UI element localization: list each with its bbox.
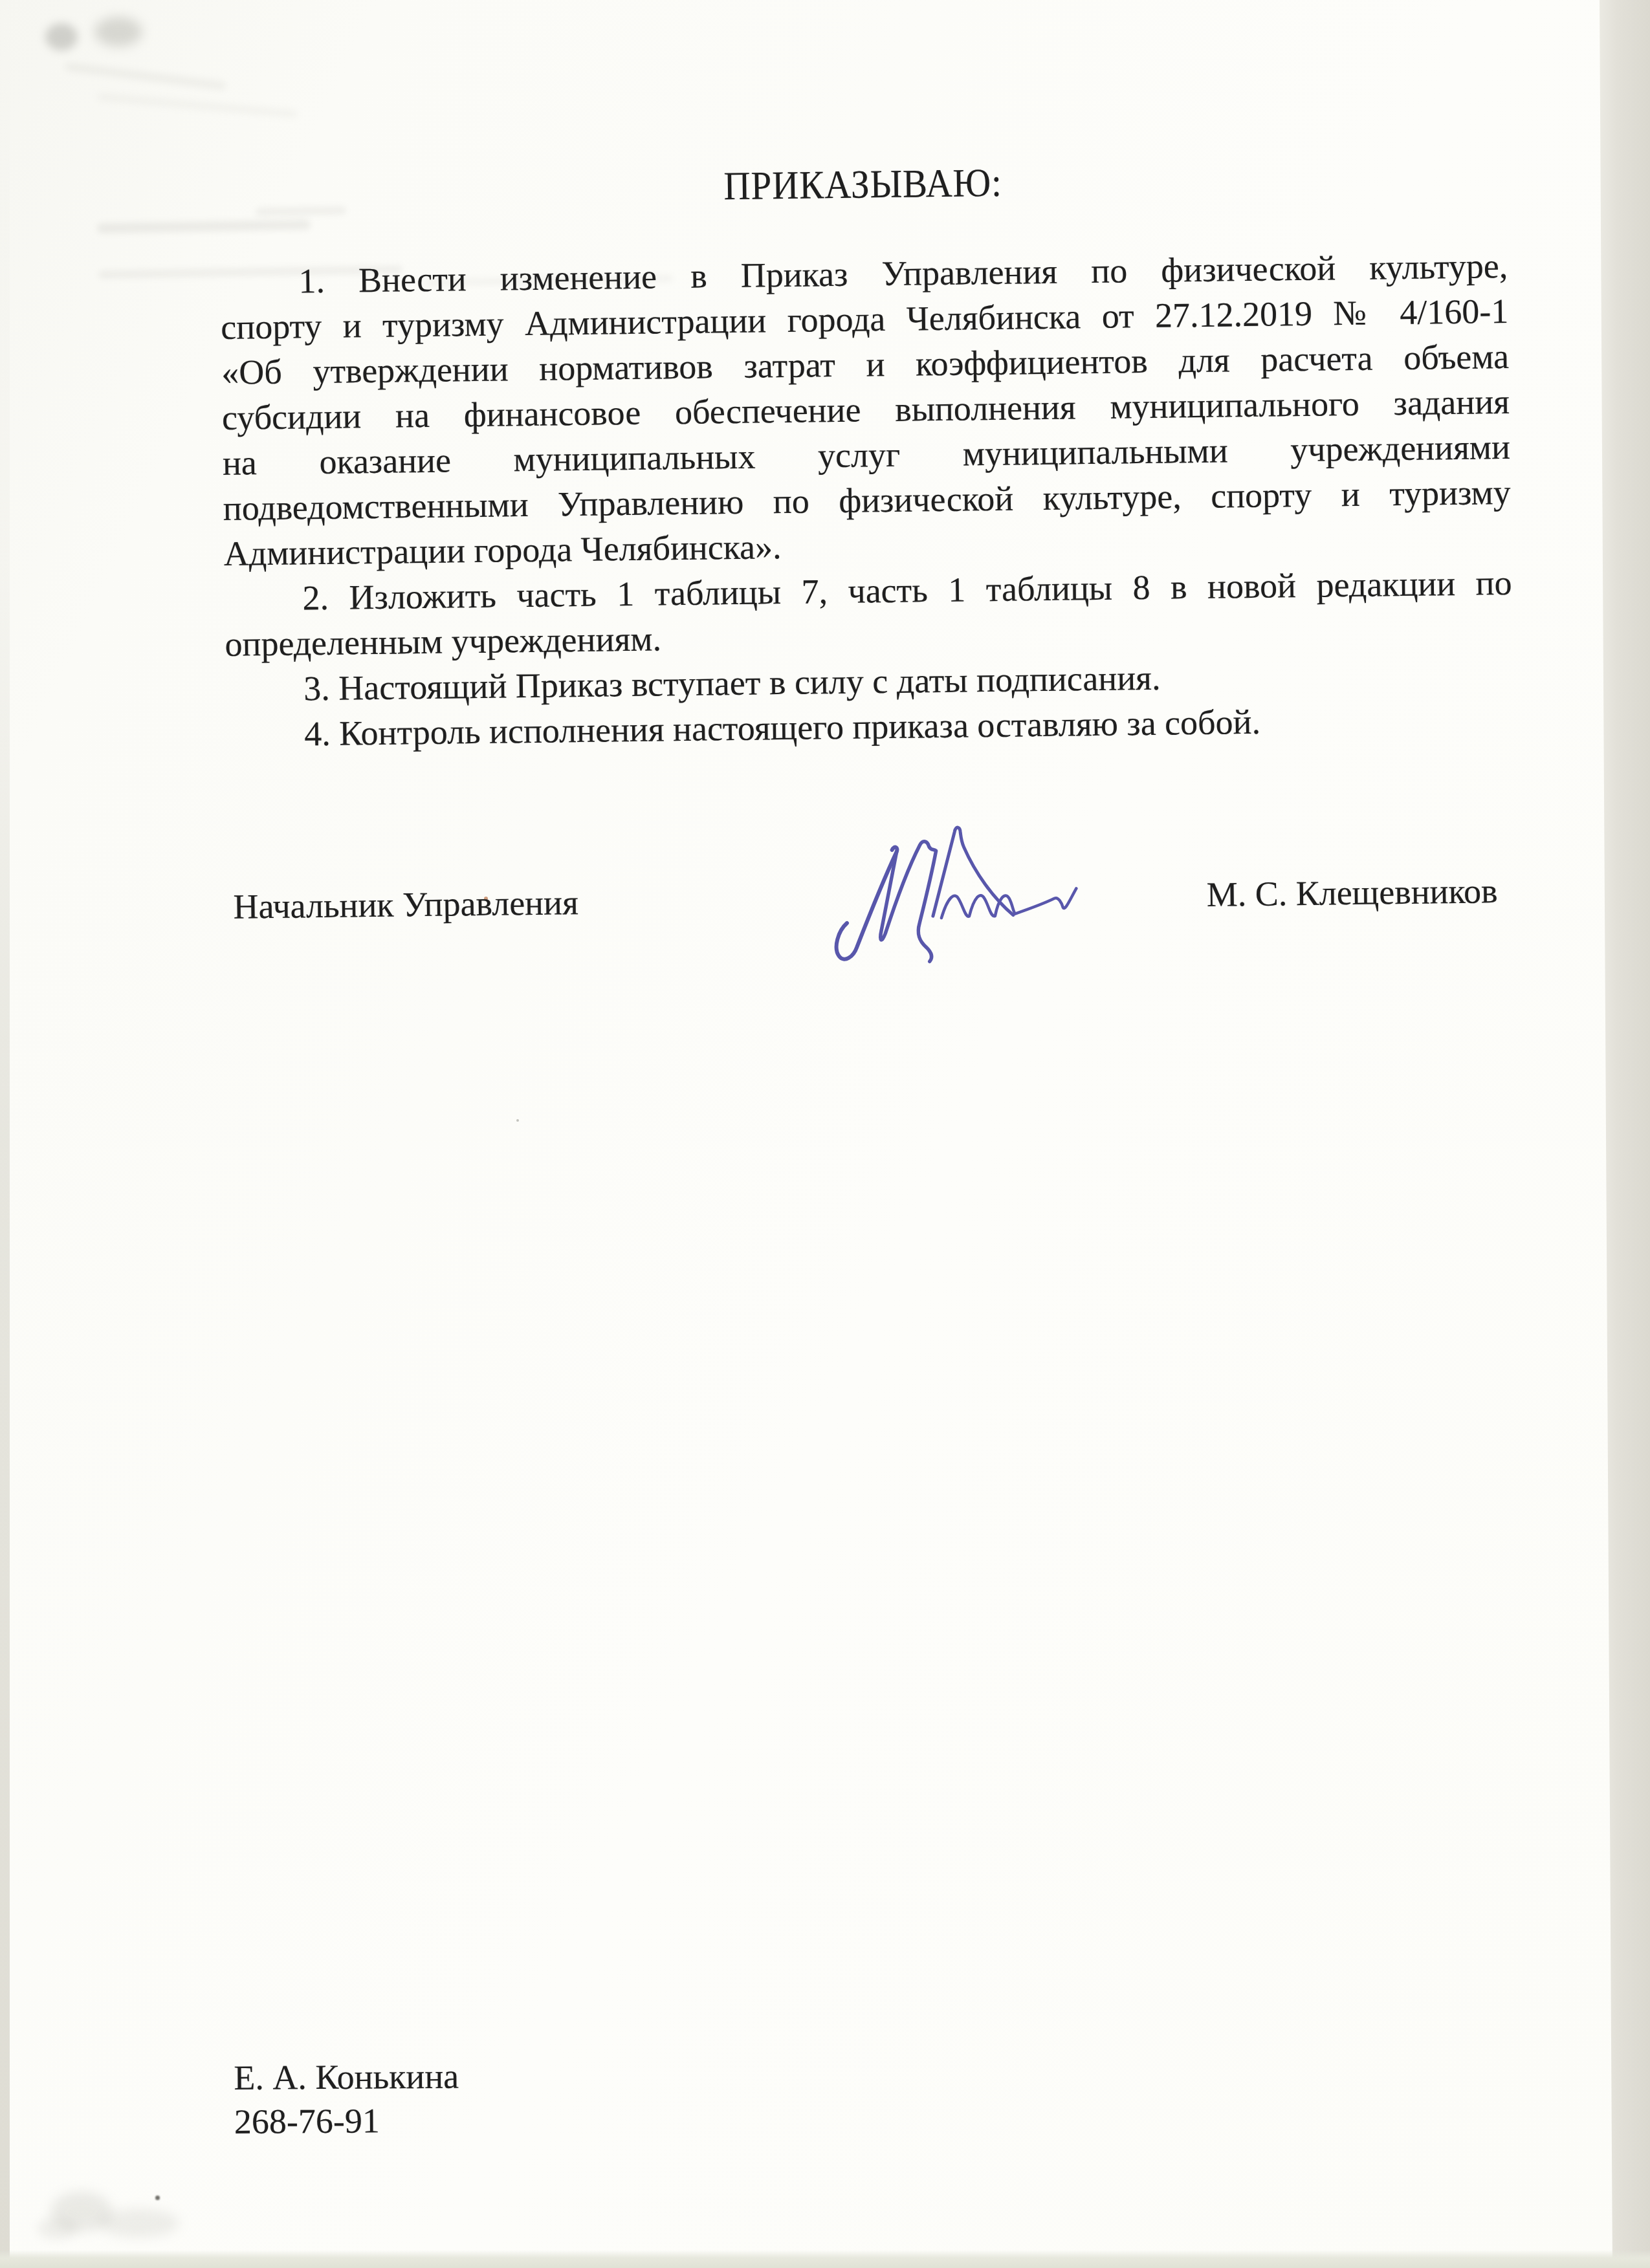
scan-smudge [94,17,142,47]
paper-edge-right [1596,0,1650,2268]
executor-name: Е. А. Конькина [234,2054,459,2100]
paper-edge-left [0,0,10,2268]
handwritten-signature [817,818,1110,970]
ink-speck [155,2196,160,2200]
scan-smudge [45,23,78,50]
paper-edge-bottom [0,2250,1650,2268]
scan-smudge [38,2218,78,2240]
scan-streak [65,63,226,90]
scanned-order-document: ПРИКАЗЫВАЮ: 1. Внести изменение в Приказ… [0,0,1650,2268]
executor-phone: 268-76-91 [234,2098,380,2144]
scan-smudge [98,2208,179,2238]
executor-block: Е. А. Конькина 268-76-91 [219,0,817,2199]
signatory-name: М. С. Клещевников [1206,868,1498,917]
